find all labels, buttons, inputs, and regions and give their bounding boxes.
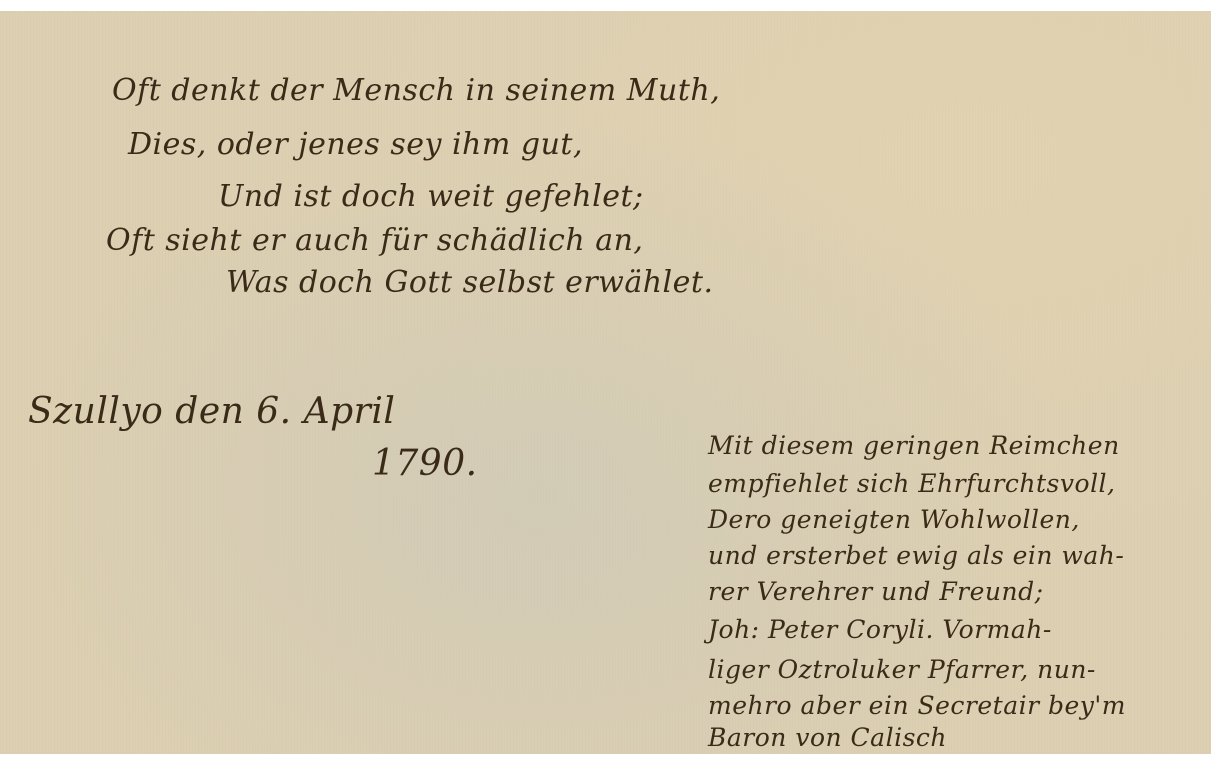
dedication-line-9: Baron von Calisch	[708, 723, 947, 752]
place-date-line-1: Szullyo den 6. April	[28, 391, 395, 432]
dedication-signature-line: Joh: Peter Coryli. Vormah-	[708, 615, 1052, 644]
bleed-through-shadow	[299, 491, 309, 519]
verse-line-2: Dies, oder jenes sey ihm gut,	[128, 127, 583, 162]
verse-line-5: Was doch Gott selbst erwählet.	[226, 265, 714, 300]
dedication-line-3: Dero geneigten Wohlwollen,	[708, 505, 1080, 534]
place-date-year: 1790.	[372, 443, 478, 484]
verse-line-4: Oft sieht er auch für schädlich an,	[106, 223, 643, 258]
dedication-line-5: rer Verehrer und Freund;	[708, 577, 1044, 606]
dedication-line-7: liger Oztroluker Pfarrer, nun-	[708, 655, 1096, 684]
manuscript-page: Oft denkt der Mensch in seinem Muth, Die…	[0, 11, 1211, 754]
dedication-line-1: Mit diesem geringen Reimchen	[708, 431, 1120, 460]
dedication-line-2: empfiehlet sich Ehrfurchtsvoll,	[708, 469, 1116, 498]
verse-line-1: Oft denkt der Mensch in seinem Muth,	[112, 73, 720, 108]
dedication-line-8: mehro aber ein Secretair bey'm	[708, 691, 1126, 720]
verse-line-3: Und ist doch weit gefehlet;	[218, 179, 644, 214]
dedication-line-4: und ersterbet ewig als ein wah-	[708, 541, 1124, 570]
